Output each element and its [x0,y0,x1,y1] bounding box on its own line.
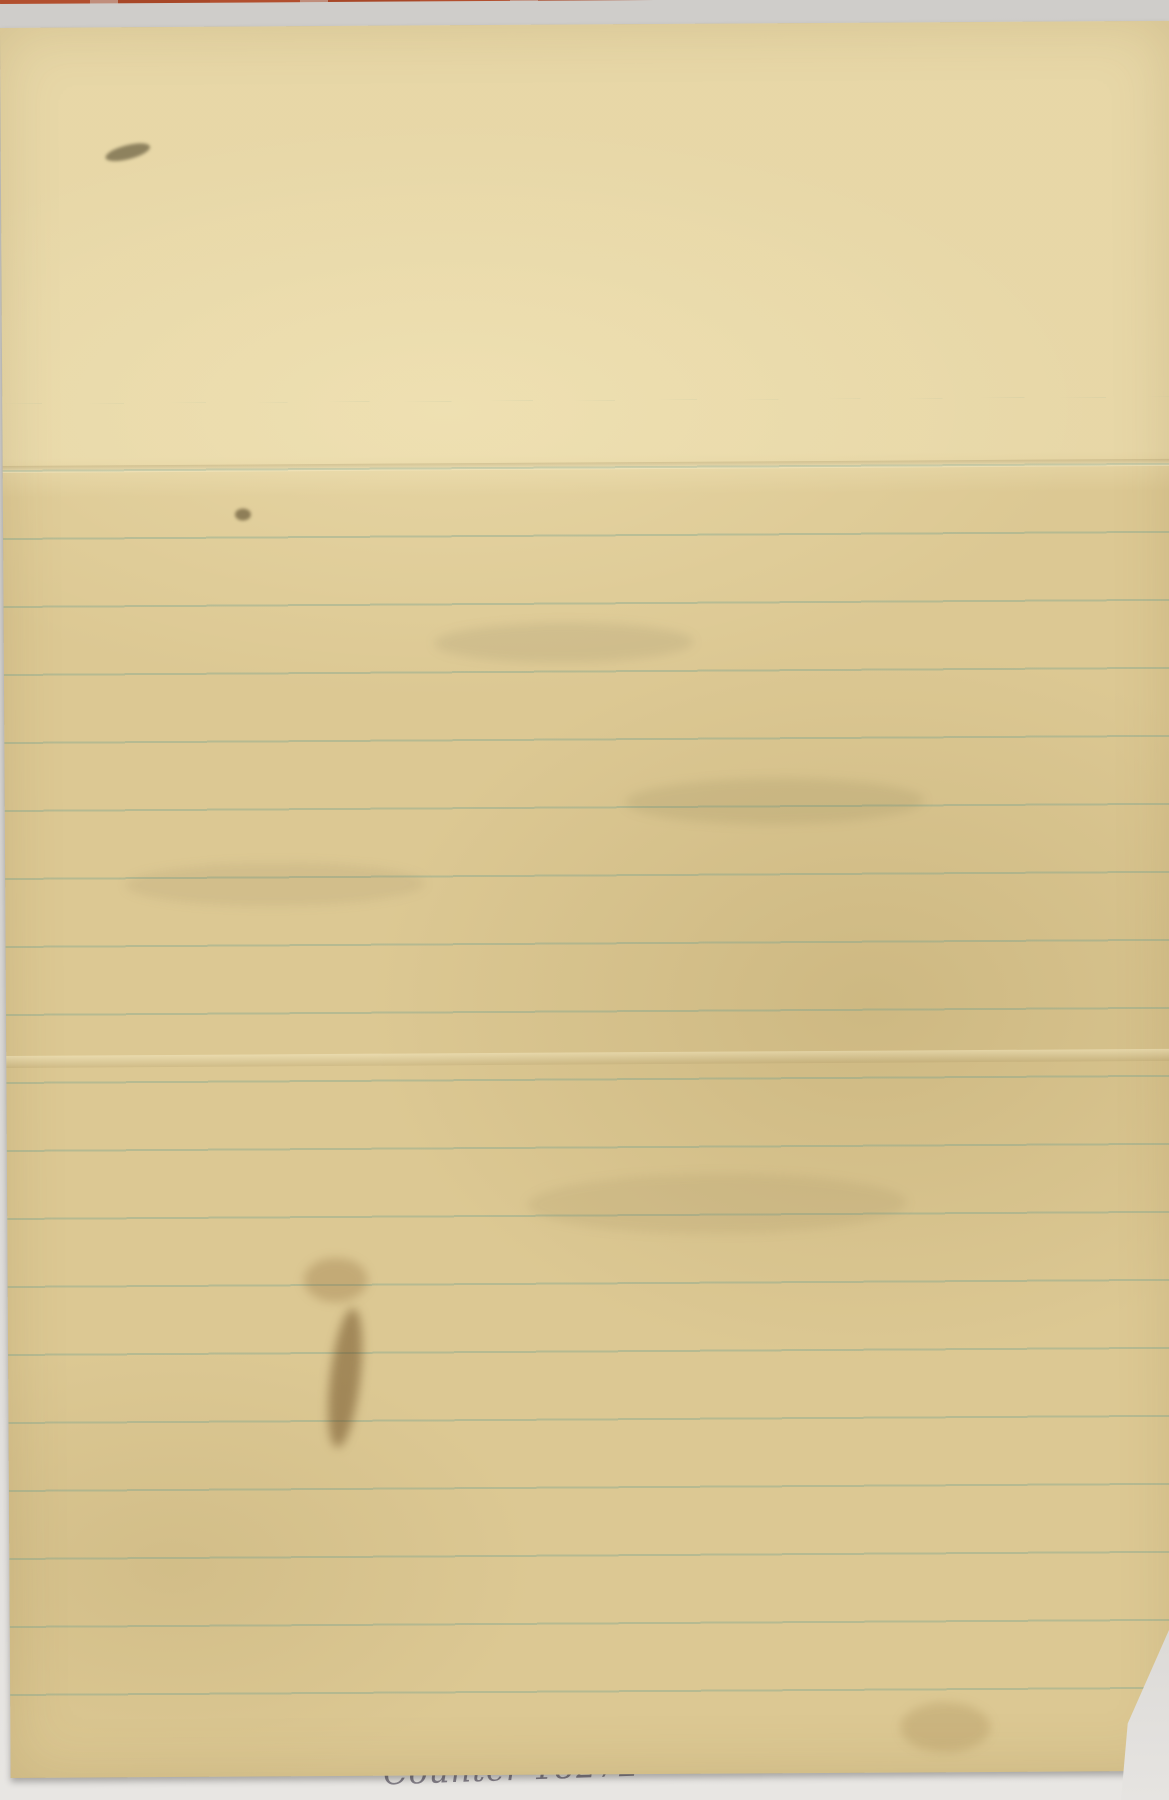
letter-paper [0,21,1169,1778]
paper-red-edge [0,0,1169,4]
ink-smudge [104,140,152,165]
ink-spot [235,508,251,520]
scanned-letter-page: W. J. WESTMORELAND, Surveyor ∗ of ∗ Chil… [0,0,1169,1800]
ink-stain [304,1258,368,1302]
paper-smudge [900,1702,990,1753]
